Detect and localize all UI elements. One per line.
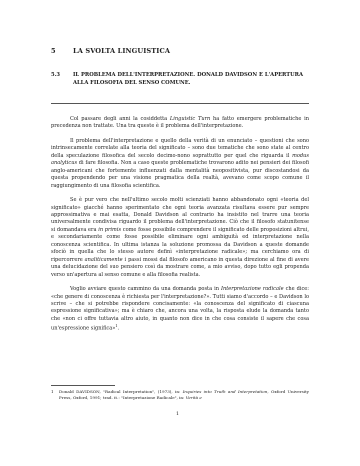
section-title: IL PROBLEMA DELL'INTERPRETAZIONE. DONALD… <box>73 71 303 87</box>
text: Donald DAVIDSON, "Radical Interpretation… <box>59 389 183 394</box>
italic-title: Verità e <box>186 395 202 400</box>
footnote-divider <box>51 385 115 386</box>
paragraph-2: Il problema dell'interpretazione e quell… <box>51 138 309 190</box>
footnote-number: 1 <box>51 389 54 395</box>
text: . <box>118 326 120 332</box>
body-text: Col passare degli anni la cosiddetta Lin… <box>51 116 309 340</box>
heading-divider <box>51 103 309 104</box>
section-heading: 5.3 IL PROBLEMA DELL'INTERPRETAZIONE. DO… <box>51 71 303 87</box>
section-number: 5.3 <box>51 71 60 79</box>
italic-term: Interpretazione radicale <box>221 286 284 292</box>
chapter-heading: 5LA SVOLTA LINGUISTICA <box>51 47 170 55</box>
chapter-title: LA SVOLTA LINGUISTICA <box>73 47 170 55</box>
text: che dice: «che genere di conoscenza è ri… <box>51 286 309 332</box>
italic-title: Inquiries into Truth and Interpretation <box>183 389 268 394</box>
footnote: 1 Donald DAVIDSON, "Radical Interpretati… <box>51 389 309 401</box>
text: Col passare degli anni la cosiddetta <box>70 116 170 122</box>
page-number: 1 <box>176 412 179 417</box>
paragraph-1: Col passare degli anni la cosiddetta Lin… <box>51 116 309 131</box>
text: Il problema dell'interpretazione e quell… <box>51 138 309 159</box>
document-page: 5LA SVOLTA LINGUISTICA 5.3 IL PROBLEMA D… <box>0 0 360 466</box>
text: Voglio avviare questo cammino da una dom… <box>70 286 221 292</box>
text: di fare filosofia. Non a caso queste pro… <box>51 160 309 188</box>
paragraph-4: Voglio avviare questo cammino da una dom… <box>51 286 309 333</box>
italic-term: in primis <box>98 227 121 233</box>
paragraph-3: Se è pur vero che nell'ultimo secolo mol… <box>51 197 309 279</box>
footnote-text: Donald DAVIDSON, "Radical Interpretation… <box>59 389 309 401</box>
chapter-number: 5 <box>51 47 73 55</box>
italic-term: analiticamente <box>85 257 123 263</box>
italic-term: Linguistic Turn <box>170 116 210 122</box>
